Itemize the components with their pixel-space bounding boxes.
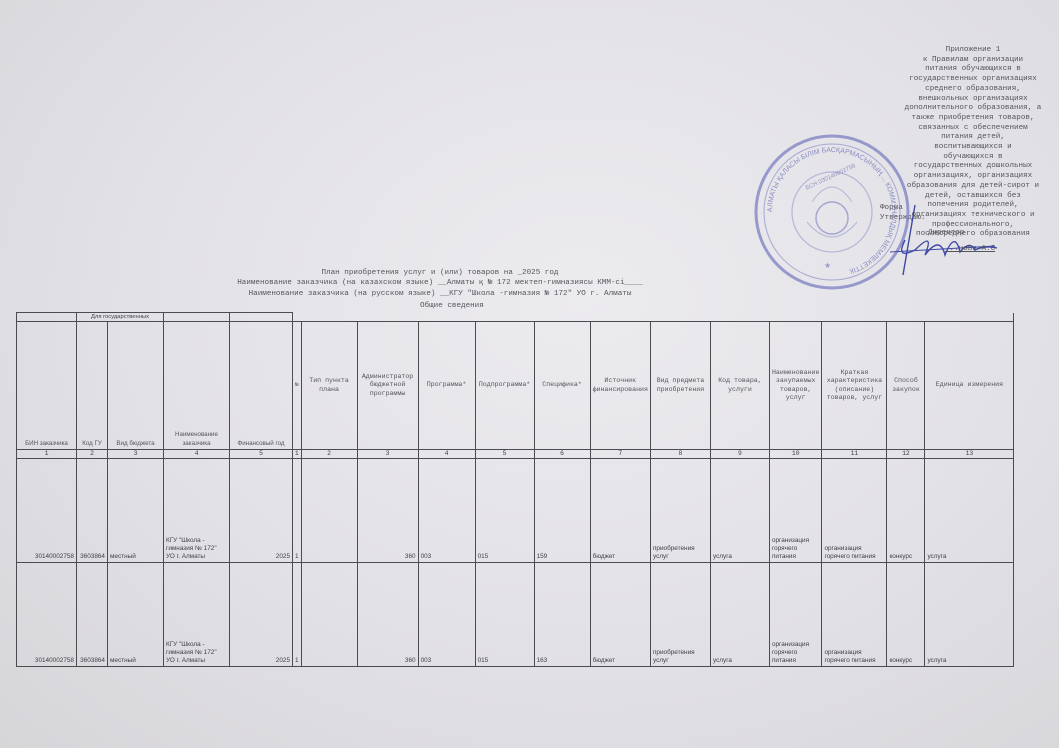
cell-item-name: организация горячего питания xyxy=(769,459,821,563)
column-number: 2 xyxy=(301,450,357,459)
column-number: 3 xyxy=(108,450,164,459)
column-number: 9 xyxy=(710,450,769,459)
appendix-line: Приложение 1 xyxy=(888,46,1058,56)
column-header: Код товара, услуги xyxy=(710,322,769,450)
column-header: Вид бюджета xyxy=(108,322,164,450)
cell-item-code: услуга xyxy=(710,563,769,667)
cell-gu-code: 3603864 xyxy=(77,459,108,563)
cell-specific: 159 xyxy=(534,459,590,563)
cell-description: организация горячего питания xyxy=(822,459,887,563)
appendix-line: связанных с обеспечением xyxy=(888,124,1058,134)
column-header: Подпрограмма* xyxy=(475,322,534,450)
director-label: Директор xyxy=(928,229,964,237)
column-number: 10 xyxy=(769,450,821,459)
column-number: 1 xyxy=(293,450,302,459)
column-header: Единица измерения xyxy=(925,322,1014,450)
column-number: 3 xyxy=(357,450,418,459)
column-header: Код ГУ xyxy=(77,322,108,450)
general-info-heading: Общие сведения xyxy=(420,302,484,310)
cell-item-code: услуга xyxy=(710,459,769,563)
cell-item-name: организация горячего питания xyxy=(769,563,821,667)
cell-no: 1 xyxy=(293,563,302,667)
group-header: Для государственных xyxy=(77,313,164,322)
cell-program: 003 xyxy=(418,459,475,563)
column-number: 12 xyxy=(887,450,925,459)
column-number: 11 xyxy=(822,450,887,459)
appendix-line: среднего образования, xyxy=(888,85,1058,95)
cell-year: 2025 xyxy=(230,563,293,667)
cell-unit: услуга xyxy=(925,459,1014,563)
director-name: ...нова А.С xyxy=(945,245,995,253)
cell-budget-type: местный xyxy=(108,459,164,563)
cell-subject-type: приобретения услуг xyxy=(650,563,710,667)
cell-source: бюджет xyxy=(590,459,650,563)
cell-description: организация горячего питания xyxy=(822,563,887,667)
column-header: Администратор бюджетной программы xyxy=(357,322,418,450)
cell-unit: услуга xyxy=(925,563,1014,667)
cell-year: 2025 xyxy=(230,459,293,563)
svg-text:★: ★ xyxy=(824,261,831,270)
stamp-text: АЛМАТЫ ҚАЛАСЫ БІЛІМ БАСҚАРМАСЫНЫҢ ... КО… xyxy=(767,147,897,275)
column-number: 7 xyxy=(590,450,650,459)
table-row: 301400027583603864местныйКГУ "Школа - ги… xyxy=(17,563,1014,667)
appendix-line: дополнительного образования, а xyxy=(888,104,1058,114)
column-number: 8 xyxy=(650,450,710,459)
cell-plan-type xyxy=(301,563,357,667)
column-header: БИН заказчика xyxy=(17,322,77,450)
column-header: Наименование закупаемых товаров, услуг xyxy=(769,322,821,450)
appendix-line: также приобретения товаров, xyxy=(888,114,1058,124)
cell-customer: КГУ "Школа - гимназия № 172" УО г. Алмат… xyxy=(164,563,230,667)
cell-customer: КГУ "Школа - гимназия № 172" УО г. Алмат… xyxy=(164,459,230,563)
column-header: Источник финансирования xyxy=(590,322,650,450)
cell-program: 003 xyxy=(418,563,475,667)
column-number: 13 xyxy=(925,450,1014,459)
appendix-line: обучающихся в xyxy=(888,153,1058,163)
cell-gu-code: 3603864 xyxy=(77,563,108,667)
column-number: 5 xyxy=(230,450,293,459)
appendix-line: образования для детей-сирот и xyxy=(888,182,1058,192)
cell-budget-type: местный xyxy=(108,563,164,667)
appendix-line: к Правилам организации xyxy=(888,56,1058,66)
cell-subject-type: приобретения услуг xyxy=(650,459,710,563)
column-header: Финансовый год xyxy=(230,322,293,450)
customer-name-kz: Наименование заказчика (на казахском язы… xyxy=(230,278,650,288)
column-number: 4 xyxy=(164,450,230,459)
cell-no: 1 xyxy=(293,459,302,563)
column-number: 1 xyxy=(17,450,77,459)
column-header: № xyxy=(293,322,302,450)
appendix-line: питания детей, xyxy=(888,133,1058,143)
appendix-line: воспитывающихся и xyxy=(888,143,1058,153)
column-header: Краткая характеристика (описание) товаро… xyxy=(822,322,887,450)
appendix-line: государственных организациях xyxy=(888,75,1058,85)
svg-text:АЛМАТЫ ҚАЛАСЫ БІЛІМ БАСҚАРМАСЫ: АЛМАТЫ ҚАЛАСЫ БІЛІМ БАСҚАРМАСЫНЫҢ ... КО… xyxy=(767,147,897,275)
cell-subprogram: 015 xyxy=(475,563,534,667)
plan-title-block: План приобретения услуг и (или) товаров … xyxy=(230,268,650,299)
procurement-plan-table: Для государственных БИН заказчикаКод ГУВ… xyxy=(16,312,1014,667)
cell-bin: 30140002758 xyxy=(17,459,77,563)
cell-method: конкурс xyxy=(887,563,925,667)
appendix-line: государственных дошкольных xyxy=(888,162,1058,172)
cell-plan-type xyxy=(301,459,357,563)
signature xyxy=(885,200,1000,280)
column-header: Специфика* xyxy=(534,322,590,450)
column-header: Программа* xyxy=(418,322,475,450)
column-header: Наименование заказчика xyxy=(164,322,230,450)
column-header: Вид предмета приобретения xyxy=(650,322,710,450)
column-number: 6 xyxy=(534,450,590,459)
cell-source: бюджет xyxy=(590,563,650,667)
table-row: 301400027583603864местныйКГУ "Школа - ги… xyxy=(17,459,1014,563)
appendix-line: внешкольных организациях xyxy=(888,95,1058,105)
plan-title: План приобретения услуг и (или) товаров … xyxy=(230,268,650,278)
cell-bin: 30140002758 xyxy=(17,563,77,667)
cell-subprogram: 015 xyxy=(475,459,534,563)
appendix-line: организациях, организациях xyxy=(888,172,1058,182)
cell-admin: 360 xyxy=(357,459,418,563)
column-header: Способ закупок xyxy=(887,322,925,450)
customer-name-ru: Наименование заказчика (на русском языке… xyxy=(230,289,650,299)
cell-specific: 163 xyxy=(534,563,590,667)
column-header: Тип пункта плана xyxy=(301,322,357,450)
appendix-line: питания обучающихся в xyxy=(888,65,1058,75)
column-number: 4 xyxy=(418,450,475,459)
cell-method: конкурс xyxy=(887,459,925,563)
column-number: 2 xyxy=(77,450,108,459)
cell-admin: 360 xyxy=(357,563,418,667)
column-number: 5 xyxy=(475,450,534,459)
